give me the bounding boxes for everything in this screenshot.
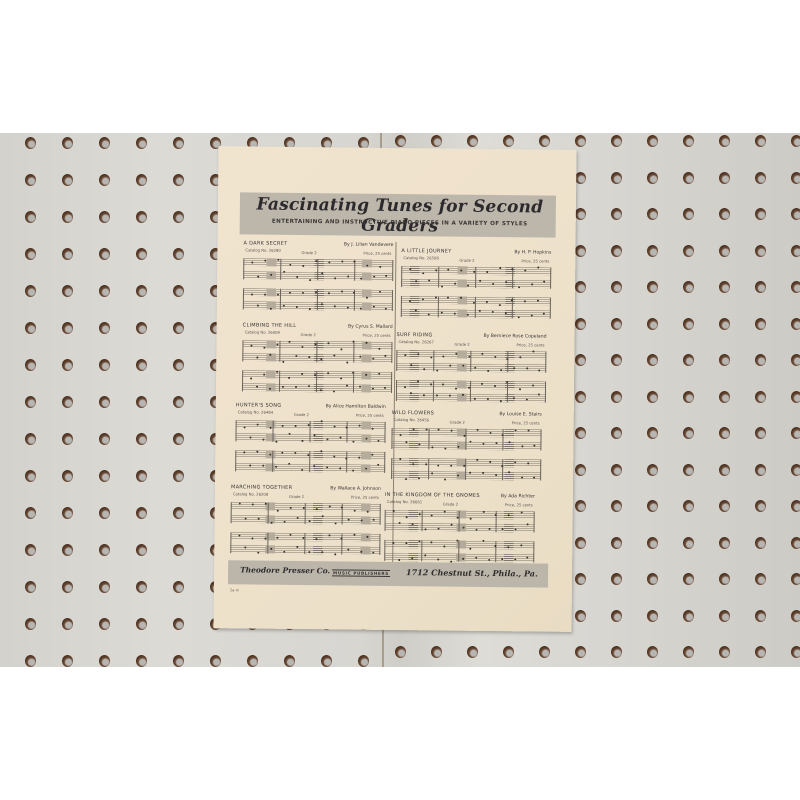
price-label: Price, 25 cents: [363, 251, 391, 256]
peg-hole: [503, 646, 514, 658]
note-head: [464, 434, 466, 436]
peg-hole: [136, 618, 147, 630]
note-head: [418, 540, 420, 542]
sheet-music-page: Fascinating Tunes for Second Graders ENT…: [213, 146, 576, 632]
bass-staff: [401, 279, 551, 289]
note-head: [462, 364, 464, 366]
bass-staff: [391, 441, 541, 451]
peg-hole: [25, 322, 36, 334]
peg-hole: [683, 646, 694, 658]
treble-staff: [385, 510, 535, 520]
piece-excerpt: HUNTER'S SONGCatalog No. 26484Grade 2By …: [235, 402, 386, 484]
note-head: [328, 535, 330, 537]
note-head: [354, 510, 356, 512]
note-head: [264, 503, 266, 505]
peg-hole: [247, 655, 258, 667]
peg-hole: [25, 359, 36, 371]
composer-name: By Berniece Rose Copeland: [483, 334, 546, 340]
note-head: [360, 307, 362, 309]
note-head: [277, 294, 279, 296]
grade-label: Grade 2: [459, 258, 474, 263]
note-head: [333, 455, 335, 457]
note-head: [412, 463, 414, 465]
peg-hole: [575, 245, 586, 257]
note-head: [508, 441, 510, 443]
music-staff-system: [230, 530, 380, 558]
peg-hole: [136, 433, 147, 445]
note-head: [378, 348, 380, 350]
note-head: [295, 386, 297, 388]
catalog-number: Catalog No. 26267: [398, 339, 433, 344]
note-head: [500, 369, 502, 371]
price-label: Price, 25 cents: [356, 413, 384, 418]
peg-hole: [647, 135, 658, 147]
bass-staff: [401, 309, 551, 319]
note-head: [372, 388, 374, 390]
note-head: [481, 383, 483, 385]
peg-hole: [719, 172, 730, 184]
peg-hole: [755, 208, 766, 220]
peg-hole: [611, 646, 622, 658]
note-head: [468, 356, 470, 358]
peg-hole: [647, 427, 658, 439]
note-head: [327, 438, 329, 440]
note-head: [251, 261, 253, 263]
note-head: [359, 356, 361, 358]
note-head: [469, 517, 471, 519]
note-head: [460, 269, 462, 271]
note-head: [467, 285, 469, 287]
note-head: [404, 354, 406, 356]
peg-hole: [755, 135, 766, 147]
piece-excerpt: A DARK SECRETCatalog No. 26280Grade 2By …: [243, 240, 394, 322]
peg-hole: [791, 135, 800, 147]
piece-excerpt: SURF RIDINGCatalog No. 26267Grade 2By Be…: [396, 332, 547, 414]
piece-title: IN THE KINGDOM OF THE GNOMES: [385, 492, 480, 499]
peg-hole: [755, 610, 766, 622]
peg-hole: [647, 573, 658, 585]
note-head: [431, 472, 433, 474]
catalog-number: Catalog No. 26280: [245, 247, 280, 252]
piece-excerpt: A LITTLE JOURNEYCatalog No. 26508Grade 2…: [401, 248, 552, 330]
note-head: [277, 259, 279, 261]
grade-label: Grade 2: [301, 250, 316, 255]
peg-hole: [647, 172, 658, 184]
grade-label: Grade 2: [294, 412, 309, 417]
peg-hole: [791, 573, 800, 585]
peg-hole: [99, 507, 110, 519]
note-head: [308, 424, 310, 426]
note-head: [320, 420, 322, 422]
price-label: Price, 25 cents: [505, 502, 533, 507]
peg-hole: [62, 359, 73, 371]
bass-staff: [235, 463, 385, 473]
piece-excerpt: WILD FLOWERSCatalog No. 26456Grade 2By L…: [391, 410, 542, 492]
peg-hole: [791, 245, 800, 257]
peg-hole: [25, 174, 36, 186]
peg-hole: [683, 537, 694, 549]
note-head: [425, 464, 427, 466]
peg-hole: [173, 618, 184, 630]
peg-hole: [62, 544, 73, 556]
peg-hole: [683, 500, 694, 512]
peg-hole: [25, 285, 36, 297]
peg-hole: [173, 544, 184, 556]
bass-staff: [385, 523, 535, 533]
peg-hole: [719, 354, 730, 366]
peg-hole: [683, 208, 694, 220]
note-head: [530, 314, 532, 316]
note-head: [296, 306, 298, 308]
peg-hole: [791, 610, 800, 622]
note-head: [489, 461, 491, 463]
music-staff-system: [401, 294, 551, 322]
note-head: [501, 528, 503, 530]
peg-hole: [683, 573, 694, 585]
peg-hole: [719, 391, 730, 403]
peg-hole: [62, 655, 73, 667]
peg-hole: [791, 318, 800, 330]
note-head: [473, 302, 475, 304]
note-head: [450, 560, 452, 562]
peg-hole: [99, 322, 110, 334]
peg-hole: [755, 646, 766, 658]
peg-hole: [25, 137, 36, 149]
note-head: [454, 313, 456, 315]
peg-hole: [467, 135, 478, 147]
peg-hole: [173, 285, 184, 297]
note-head: [486, 301, 488, 303]
note-head: [270, 548, 272, 550]
peg-hole: [683, 135, 694, 147]
peg-hole: [395, 135, 406, 147]
note-head: [360, 277, 362, 279]
piece-title: CLIMBING THE HILL: [243, 322, 297, 329]
music-staff-system: [384, 538, 534, 566]
peg-hole: [755, 172, 766, 184]
peg-hole: [611, 281, 622, 293]
note-head: [430, 383, 432, 385]
note-head: [379, 291, 381, 293]
title-banner: Fascinating Tunes for Second Graders ENT…: [240, 192, 556, 237]
peg-hole: [647, 500, 658, 512]
grade-label: Grade 2: [454, 342, 469, 347]
composer-name: By J. Lilian Vandevere: [344, 242, 394, 248]
note-head: [290, 506, 292, 508]
note-head: [525, 398, 527, 400]
note-head: [428, 279, 430, 281]
note-head: [340, 378, 342, 380]
peg-hole: [173, 433, 184, 445]
grade-label: Grade 2: [289, 494, 304, 499]
peg-hole: [173, 396, 184, 408]
peg-hole: [25, 396, 36, 408]
peg-hole: [791, 172, 800, 184]
peg-hole: [683, 610, 694, 622]
peg-hole: [647, 208, 658, 220]
price-label: Price, 25 cents: [351, 495, 379, 500]
note-head: [405, 516, 407, 518]
peg-hole: [25, 507, 36, 519]
note-head: [457, 446, 459, 448]
note-head: [328, 505, 330, 507]
peg-hole: [719, 135, 730, 147]
peg-hole: [683, 391, 694, 403]
peg-hole: [611, 391, 622, 403]
piece-title: SURF RIDING: [397, 332, 433, 338]
peg-hole: [575, 464, 586, 476]
peg-hole: [719, 500, 730, 512]
note-head: [425, 429, 427, 431]
note-head: [275, 440, 277, 442]
note-head: [524, 269, 526, 271]
peg-hole: [683, 464, 694, 476]
note-head: [412, 523, 414, 525]
note-head: [422, 272, 424, 274]
peg-hole: [647, 245, 658, 257]
peg-hole: [575, 135, 586, 147]
peg-hole: [719, 427, 730, 439]
note-head: [250, 377, 252, 379]
note-head: [379, 265, 381, 267]
peg-hole: [173, 248, 184, 260]
peg-hole: [719, 610, 730, 622]
music-staff-system: [391, 456, 541, 484]
peg-hole: [173, 174, 184, 186]
note-head: [341, 290, 343, 292]
composer-name: By Ada Richter: [501, 494, 535, 499]
peg-hole: [755, 500, 766, 512]
catalog-number: Catalog No. 26009: [245, 329, 280, 334]
peg-hole: [719, 245, 730, 257]
peg-hole: [62, 211, 73, 223]
peg-hole: [99, 174, 110, 186]
peg-hole: [99, 655, 110, 667]
music-staff-system: [242, 338, 392, 366]
note-head: [526, 368, 528, 370]
catalog-number: Catalog No. 26456: [394, 417, 429, 422]
note-head: [340, 348, 342, 350]
peg-hole: [136, 285, 147, 297]
note-head: [393, 510, 395, 512]
bass-staff: [230, 545, 380, 555]
piece-title: HUNTER'S SONG: [236, 402, 282, 408]
peg-hole: [611, 500, 622, 512]
peg-hole: [99, 248, 110, 260]
peg-hole: [575, 537, 586, 549]
peg-hole: [611, 245, 622, 257]
peg-hole: [136, 544, 147, 556]
peg-hole: [611, 610, 622, 622]
peg-hole: [136, 322, 147, 334]
note-head: [327, 342, 329, 344]
peg-hole: [611, 537, 622, 549]
peg-hole: [99, 581, 110, 593]
peg-hole: [611, 318, 622, 330]
bass-staff: [384, 553, 534, 563]
bass-staff: [396, 393, 546, 403]
note-head: [283, 305, 285, 307]
note-head: [435, 296, 437, 298]
grade-label: Grade 2: [450, 420, 465, 425]
note-head: [346, 384, 348, 386]
note-head: [327, 372, 329, 374]
peg-hole: [791, 500, 800, 512]
peg-hole: [62, 285, 73, 297]
publisher-tagline: MUSIC PUBLISHERS: [332, 569, 390, 577]
note-head: [436, 369, 438, 371]
peg-hole: [136, 137, 147, 149]
peg-hole: [791, 391, 800, 403]
note-head: [441, 285, 443, 287]
peg-hole: [136, 470, 147, 482]
music-staff-system: [235, 418, 385, 446]
peg-hole: [755, 354, 766, 366]
note-head: [270, 353, 272, 355]
piece-title: A LITTLE JOURNEY: [401, 248, 451, 255]
note-head: [411, 557, 413, 559]
catalog-number: Catalog No. 26508: [403, 255, 438, 260]
peg-hole: [62, 470, 73, 482]
peg-hole: [173, 581, 184, 593]
peg-hole: [575, 610, 586, 622]
peg-hole: [575, 172, 586, 184]
peg-hole: [683, 427, 694, 439]
peg-hole: [719, 208, 730, 220]
peg-hole: [611, 354, 622, 366]
note-head: [283, 521, 285, 523]
note-head: [492, 283, 494, 285]
peg-hole: [62, 618, 73, 630]
peg-hole: [358, 655, 369, 667]
peg-hole: [173, 655, 184, 667]
bass-staff: [231, 515, 381, 525]
peg-hole: [136, 248, 147, 260]
peg-hole: [755, 537, 766, 549]
peg-hole: [755, 573, 766, 585]
peg-hole: [791, 208, 800, 220]
note-head: [514, 528, 516, 530]
peg-hole: [173, 211, 184, 223]
bass-staff: [242, 353, 392, 363]
peg-hole: [173, 359, 184, 371]
peg-hole: [136, 359, 147, 371]
peg-hole: [575, 354, 586, 366]
note-head: [290, 533, 292, 535]
peg-hole: [136, 655, 147, 667]
peg-hole: [25, 248, 36, 260]
bass-staff: [235, 433, 385, 443]
note-head: [303, 507, 305, 509]
piece-excerpt: MARCHING TOGETHERCatalog No. 26208Grade …: [230, 484, 381, 566]
peg-hole: [791, 354, 800, 366]
price-label: Price, 25 cents: [512, 420, 540, 425]
publisher-name: Theodore Presser Co.: [240, 565, 330, 575]
peg-hole: [683, 354, 694, 366]
peg-hole: [575, 318, 586, 330]
peg-hole: [611, 135, 622, 147]
note-head: [532, 384, 534, 386]
piece-excerpt: IN THE KINGDOM OF THE GNOMESCatalog No. …: [384, 492, 535, 574]
note-head: [276, 344, 278, 346]
treble-staff: [242, 340, 392, 350]
peg-hole: [791, 464, 800, 476]
bass-staff: [243, 301, 393, 311]
note-head: [264, 538, 266, 540]
peg-hole: [99, 359, 110, 371]
peg-hole: [611, 172, 622, 184]
composer-name: By Louise E. Stairs: [499, 412, 541, 417]
peg-hole: [683, 318, 694, 330]
note-head: [481, 353, 483, 355]
music-staff-system: [384, 508, 534, 536]
note-head: [495, 474, 497, 476]
note-head: [482, 472, 484, 474]
note-head: [373, 275, 375, 277]
note-head: [269, 426, 271, 428]
note-head: [417, 380, 419, 382]
peg-hole: [136, 174, 147, 186]
composer-name: By Cyrus S. Mallard: [348, 325, 393, 330]
peg-hole: [647, 281, 658, 293]
note-head: [457, 475, 459, 477]
peg-hole: [136, 581, 147, 593]
peg-hole: [647, 391, 658, 403]
note-head: [514, 461, 516, 463]
peg-hole: [136, 211, 147, 223]
peg-hole: [99, 396, 110, 408]
note-head: [288, 433, 290, 435]
note-head: [365, 438, 367, 440]
peg-hole: [62, 322, 73, 334]
peg-hole: [210, 655, 221, 667]
peg-hole: [719, 646, 730, 658]
note-head: [328, 292, 330, 294]
note-head: [531, 284, 533, 286]
peg-hole: [575, 208, 586, 220]
peg-hole: [62, 137, 73, 149]
peg-hole: [791, 646, 800, 658]
note-head: [501, 558, 503, 560]
peg-hole: [25, 655, 36, 667]
music-staff-system: [391, 426, 541, 454]
peg-hole: [683, 281, 694, 293]
music-staff-system: [243, 256, 393, 284]
peg-hole: [99, 211, 110, 223]
peg-hole: [99, 470, 110, 482]
note-head: [441, 311, 443, 313]
piece-title: MARCHING TOGETHER: [231, 484, 293, 491]
note-head: [430, 356, 432, 358]
note-head: [335, 522, 337, 524]
note-head: [359, 386, 361, 388]
note-head: [308, 308, 310, 310]
piece-title: WILD FLOWERS: [392, 410, 434, 416]
note-head: [489, 528, 491, 530]
note-head: [366, 536, 368, 538]
treble-staff: [384, 540, 534, 550]
note-head: [392, 542, 394, 544]
peg-hole: [719, 464, 730, 476]
sheet-title: Fascinating Tunes for Second Graders: [246, 194, 554, 237]
note-head: [333, 391, 335, 393]
peg-hole: [99, 137, 110, 149]
note-head: [424, 554, 426, 556]
price-label: Price, 25 cents: [363, 333, 391, 338]
note-head: [454, 282, 456, 284]
note-head: [346, 361, 348, 363]
note-head: [264, 259, 266, 261]
